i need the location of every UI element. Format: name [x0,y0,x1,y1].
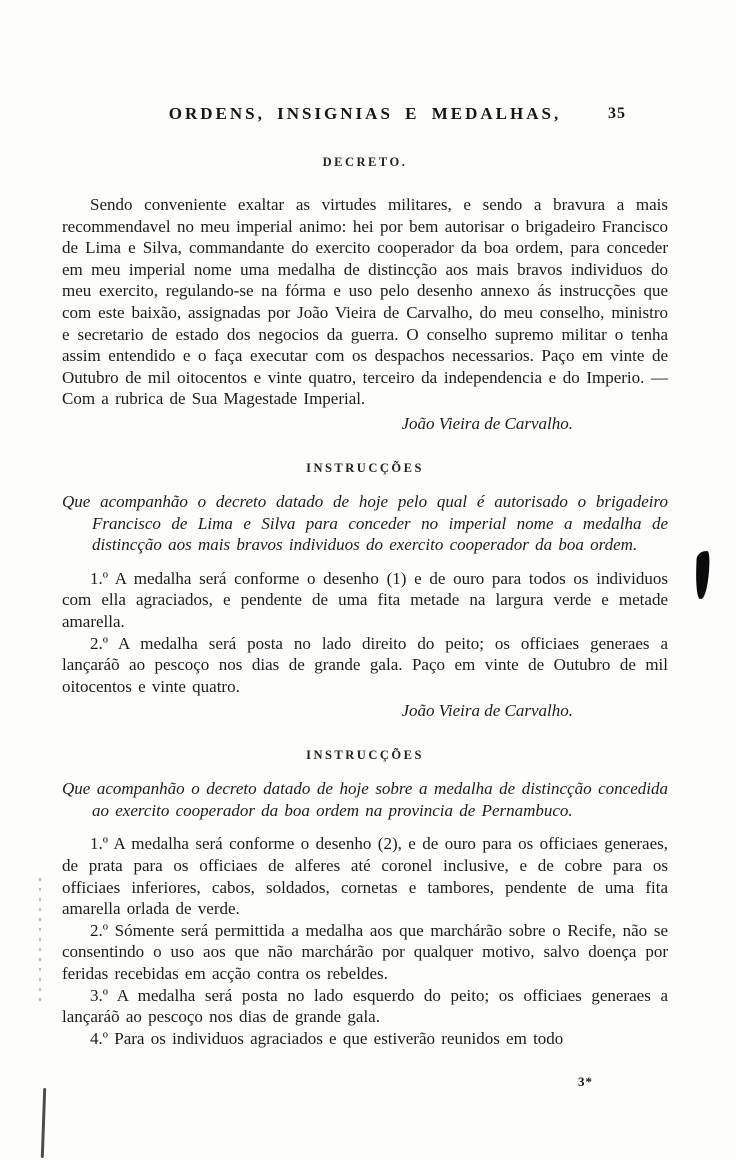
scan-edge-artifact [39,878,41,1008]
running-title: ORDENS, INSIGNIAS E MEDALHAS, [169,104,561,123]
text-column: ORDENS, INSIGNIAS E MEDALHAS, 35 DECRETO… [62,0,668,1049]
instructions2-item-4: 4.º Para os individuos agraciados e que … [62,1028,668,1050]
ink-blot-artifact [695,551,710,599]
instructions1-item-1: 1.º A medalha será conforme o desenho (1… [62,568,668,633]
instructions1-heading: INSTRUCÇÕES [62,461,668,476]
instructions2-heading: INSTRUCÇÕES [62,748,668,763]
instructions2-item-3: 3.º A medalha será posta no lado esquerd… [62,985,668,1028]
instructions1-preamble: Que acompanhão o decreto datado de hoje … [62,491,668,556]
page-number: 35 [608,105,626,123]
decree-signature: João Vieira de Carvalho. [62,414,668,434]
gathering-signature-mark: 3* [578,1074,593,1090]
decree-body: Sendo conveniente exaltar as virtudes mi… [62,194,668,410]
instructions1-signature: João Vieira de Carvalho. [62,701,668,721]
instructions2-preamble: Que acompanhão o decreto datado de hoje … [62,778,668,821]
instructions2-item-1: 1.º A medalha será conforme o desenho (2… [62,833,668,919]
running-head: ORDENS, INSIGNIAS E MEDALHAS, 35 [62,104,668,124]
scan-edge-artifact [41,1088,46,1158]
instructions2-item-2: 2.º Sómente será permittida a medalha ao… [62,920,668,985]
decree-heading: DECRETO. [62,155,668,170]
book-page: ORDENS, INSIGNIAS E MEDALHAS, 35 DECRETO… [0,0,736,1160]
instructions1-item-2: 2.º A medalha será posta no lado direito… [62,633,668,698]
